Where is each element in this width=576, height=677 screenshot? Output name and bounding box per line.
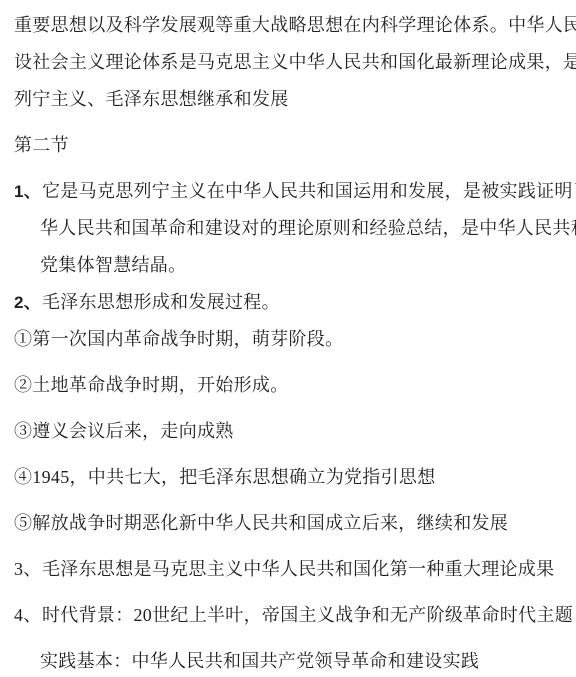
line-text: 它是马克思列宁主义在中华人民共和国运用和发展，是被实践证明了关于中	[42, 181, 576, 201]
list-item-line: 2、毛泽东思想形成和发展过程。	[14, 284, 564, 321]
list-marker: 2、	[14, 284, 42, 321]
text-line: 党集体智慧结晶。	[14, 247, 564, 284]
numbered-point-line: ②土地革命战争时期，开始形成。	[14, 367, 564, 404]
list-marker: 3、	[14, 551, 42, 588]
numbered-point-line: ①第一次国内革命战争时期，萌芽阶段。	[14, 321, 564, 358]
list-item-line: 3、毛泽东思想是马克思主义中华人民共和国化第一种重大理论成果	[14, 551, 564, 588]
document-page: 重要思想以及科学发展观等重大战略思想在内科学理论体系。中华人民共和国特 设社会主…	[0, 0, 576, 677]
numbered-point-line: ⑤解放战争时期恶化新中华人民共和国成立后来，继续和发展	[14, 505, 564, 542]
text-line: 设社会主义理论体系是马克思主义中华人民共和国化最新理论成果，是对马克思	[14, 44, 564, 81]
line-text: 设社会主义理论体系是马克思主义中华人民共和国化最新理论成果，是对马克思	[14, 52, 576, 72]
section-heading: 第二节	[14, 127, 564, 164]
line-text: 毛泽东思想形成和发展过程。	[42, 292, 280, 312]
line-text: ④1945，中共七大，把毛泽东思想确立为党指引思想	[14, 467, 436, 487]
list-item-line: 4、时代背景：20世纪上半叶，帝国主义战争和无产阶级革命时代主题	[14, 597, 564, 634]
list-marker: 1、	[14, 173, 42, 210]
text-line: 实践基本：中华人民共和国共产党领导革命和建设实践	[14, 643, 564, 677]
text-line: 重要思想以及科学发展观等重大战略思想在内科学理论体系。中华人民共和国特	[14, 7, 564, 44]
line-text: 列宁主义、毛泽东思想继承和发展	[14, 89, 289, 109]
numbered-point-line: ④1945，中共七大，把毛泽东思想确立为党指引思想	[14, 459, 564, 496]
line-text: ③遵义会议后来，走向成熟	[14, 421, 234, 441]
line-text: ⑤解放战争时期恶化新中华人民共和国成立后来，继续和发展	[14, 513, 508, 533]
text-line: 列宁主义、毛泽东思想继承和发展	[14, 81, 564, 118]
line-text: 华人民共和国革命和建设对的理论原则和经验总结，是中华人民共和国共产	[40, 218, 576, 238]
line-text: 第二节	[14, 135, 69, 155]
line-text: 党集体智慧结晶。	[40, 255, 186, 275]
text-line: 华人民共和国革命和建设对的理论原则和经验总结，是中华人民共和国共产	[14, 210, 564, 247]
line-text: ②土地革命战争时期，开始形成。	[14, 375, 289, 395]
line-text: 毛泽东思想是马克思主义中华人民共和国化第一种重大理论成果	[42, 559, 554, 579]
numbered-point-line: ③遵义会议后来，走向成熟	[14, 413, 564, 450]
list-item-line: 1、它是马克思列宁主义在中华人民共和国运用和发展，是被实践证明了关于中	[14, 173, 564, 210]
line-text: 时代背景：20世纪上半叶，帝国主义战争和无产阶级革命时代主题	[42, 605, 573, 625]
line-text: ①第一次国内革命战争时期，萌芽阶段。	[14, 329, 343, 349]
list-marker: 4、	[14, 597, 42, 634]
line-text: 实践基本：中华人民共和国共产党领导革命和建设实践	[40, 651, 479, 671]
line-text: 重要思想以及科学发展观等重大战略思想在内科学理论体系。中华人民共和国特	[14, 15, 576, 35]
